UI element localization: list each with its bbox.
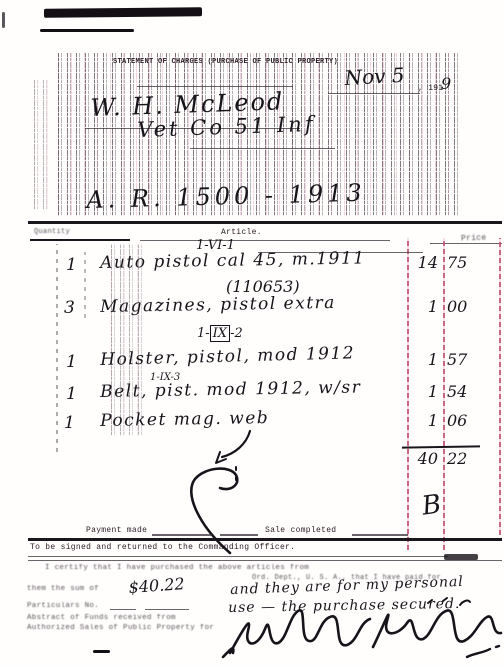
row-cents: 06 [447,411,467,430]
subheader-rule-mid [140,240,390,241]
row-qty: 1 [66,384,77,404]
date-printed-label: , 191 [418,84,444,93]
row-cents: 54 [447,382,467,401]
bottom-dash [93,650,110,653]
row-dollars: 1 [406,411,438,430]
signature-scrawl [215,595,504,667]
mark2-boxed: IX [210,325,230,342]
unit-underline [190,148,335,149]
dashed-rule-a [28,556,448,557]
row-qty: 1 [66,352,77,372]
certify-line-3: them the sum of [27,585,99,593]
footer-heavy-rule [28,538,502,541]
certify-line-1: I certify that I have purchased the abov… [45,564,309,572]
date-underline [328,93,420,94]
price-column-rule-mid [443,238,445,550]
table-left-rule [56,244,58,452]
payment-blank2 [220,534,258,536]
dashed-rule-b [28,560,502,561]
column-article-label: Article. [221,228,262,237]
row-desc: Magazines, pistol extra [100,293,336,317]
column-noise-strip [111,244,146,436]
return-instruction: To be signed and returned to the Command… [30,543,295,552]
row-cents: 75 [447,253,467,272]
mark2-pre: 1- [197,326,210,341]
row-dollars: 1 [406,297,438,316]
subheader-rule-right [430,243,502,244]
particulars-blank-a [110,609,136,610]
particulars-label: Particulars No. [27,602,99,610]
row-qty: 3 [64,298,75,318]
mark2-post: -2 [230,326,243,341]
payment-blank [152,534,212,536]
authorized-label: Authorized Sales of Public Property for [27,624,214,632]
date-year-digit: 9 [441,74,451,93]
row-qty: 1 [64,413,75,433]
form-title: STATEMENT OF CHARGES (PURCHASE OF PUBLIC… [113,58,338,66]
price-column-rule-right [499,238,501,535]
particulars-blank-b [145,609,189,610]
row-desc: Auto pistol cal 45, m.1911 [100,248,366,273]
scan-smudge-line [40,29,134,32]
column-quantity-label: Quantity [34,228,70,236]
left-margin-noise [34,80,48,210]
scanned-document: STATEMENT OF CHARGES (PURCHASE OF PUBLIC… [0,0,504,667]
amount-handwritten: $40.22 [128,574,185,597]
rule-smudge [444,554,478,560]
row-dollars: 14 [406,253,438,272]
table-qty-rule [84,252,86,318]
abstract-label: Abstract of Funds received from [27,614,176,622]
row-desc: Belt, pist. mod 1912, w/sr [100,377,361,402]
column-price-label: Price [461,234,487,244]
row-qty: 1 [66,255,77,275]
row-dollars: 1 [406,382,438,401]
date-handwritten: Nov 5 [344,63,405,90]
row-cents: 57 [447,350,467,369]
sale-completed-label: Sale completed [265,526,336,535]
row-cents: 00 [447,297,467,316]
total-cents: 22 [447,449,467,468]
row-dollars: 1 [406,350,438,369]
check-mark-b: B [420,489,443,521]
section-mark-2: 1-IX-2 [197,326,243,341]
payment-made-label: Payment made [86,526,147,535]
scan-smudge-top [44,7,202,18]
subheader-rule-left [30,239,130,241]
header-heavy-rule [28,221,502,224]
scan-edge-mark [2,12,5,28]
sale-blank [352,534,408,536]
total-dollars: 40 [406,449,438,468]
